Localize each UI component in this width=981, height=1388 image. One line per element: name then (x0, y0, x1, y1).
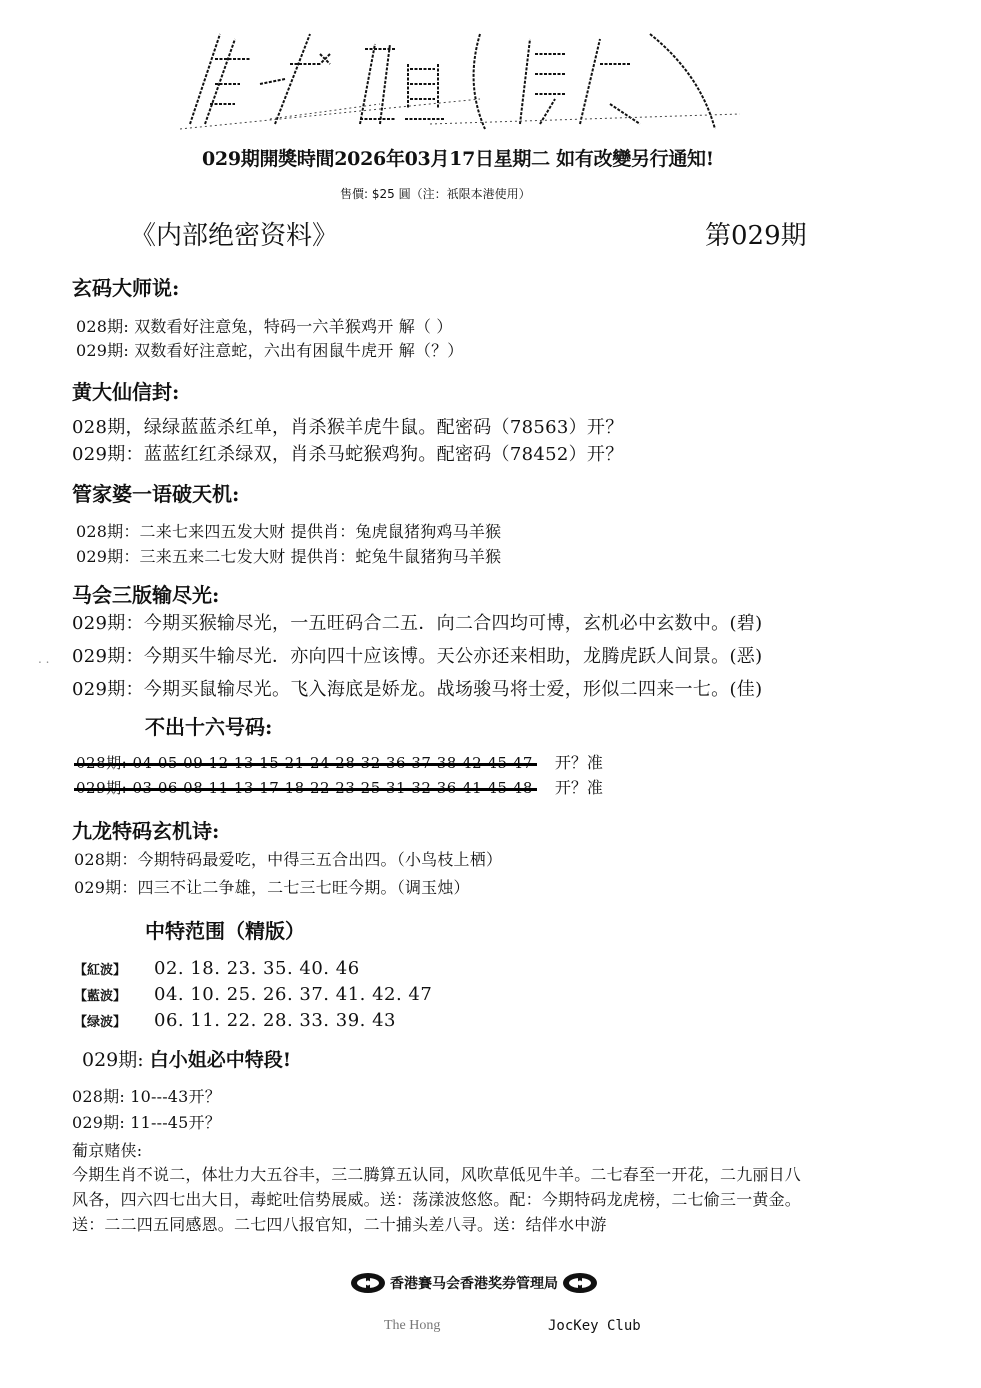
title-art (180, 24, 800, 134)
baixiaojie-heading: 白小姐必中特段! (150, 1049, 291, 1071)
wave-row-blue: 【藍波】04. 10. 25. 26. 37. 41. 42. 47 (74, 984, 432, 1005)
baixiaojie-prefix: 029期: (82, 1049, 144, 1071)
jiulong-line-029: 029期：四三不让二争雄，二七三七旺今期。（调玉烛） (74, 875, 470, 898)
jiulong-line-028: 028期：今期特码最爱吃，中得三五合出四。（小鸟枝上栖） (74, 847, 502, 870)
buchu-struck-numbers: 029期: 03 06 08 11 13 17 18 22 23 25 31 3… (76, 777, 533, 798)
wave-numbers-blue: 04. 10. 25. 26. 37. 41. 42. 47 (154, 984, 432, 1005)
mahui-line-2: 029期：今期买牛输尽光．亦向四十应该博。天公亦还来相助，龙腾虎跃人间景。(恶) (72, 642, 762, 668)
stray-dots: . . (38, 652, 49, 666)
buchu-tail: 开？准 (555, 778, 603, 797)
xuanma-line-028: 028期: 双数看好注意兔，特码一六羊猴鸡开 解（ ） (76, 314, 453, 337)
pujing-line-2: 风各，四六四七出大日，毒蛇吐信势展威。送：荡漾波悠悠。配：今期特码龙虎榜，二七偷… (72, 1187, 801, 1210)
footer-english-right: JocKey Club (548, 1318, 641, 1334)
wave-row-red: 【紅波】02. 18. 23. 35. 40. 46 (74, 958, 360, 979)
jockey-club-emblem-icon (562, 1272, 598, 1294)
guanjiapo-line-028: 028期：二来七来四五发大财 提供肖：兔虎鼠猪狗鸡马羊猴 (76, 519, 501, 542)
footer-chinese-name: 香港賽马会香港奖券管理局 (390, 1273, 558, 1293)
pujing-line-1: 今期生肖不说二，体壮力大五谷丰，三二腾算五认同，风吹草低见牛羊。二七春至一开花，… (72, 1162, 801, 1185)
footer-english-left: The Hong (384, 1318, 440, 1334)
mahui-line-3: 029期：今期买鼠输尽光。飞入海底是娇龙。战场骏马将士爱，形似二四来一七。(佳) (72, 675, 762, 701)
buchu-row-028: 028期: 04 05 09 12 13 15 21 24 28 32 36 3… (76, 750, 603, 773)
wave-row-green: 【绿波】06. 11. 22. 28. 33. 39. 43 (74, 1010, 396, 1031)
wave-numbers-red: 02. 18. 23. 35. 40. 46 (154, 958, 360, 979)
section-heading-zhongte: 中特范围（精版） (145, 915, 305, 944)
huangdaxian-line-029: 029期：蓝蓝红红杀绿双，肖杀马蛇猴鸡狗。配密码（78452）开？ (72, 440, 624, 466)
issue-number: 第029期 (705, 215, 807, 252)
baixiaojie-line-029: 029期: 11---45开？ (72, 1110, 221, 1133)
section-heading-jiulong: 九龙特码玄机诗: (72, 815, 219, 844)
section-heading-mahui: 马会三版输尽光: (72, 579, 219, 608)
wave-numbers-green: 06. 11. 22. 28. 33. 39. 43 (154, 1010, 396, 1031)
document-title: 《内部绝密资料》 (130, 215, 338, 252)
huangdaxian-line-028: 028期，绿绿蓝蓝杀红单，肖杀猴羊虎牛鼠。配密码（78563）开？ (72, 413, 624, 439)
section-heading-buchu: 不出十六号码: (145, 711, 272, 740)
buchu-struck-numbers: 028期: 04 05 09 12 13 15 21 24 28 32 36 3… (76, 752, 533, 773)
wave-label-blue: 【藍波】 (74, 985, 154, 1004)
guanjiapo-line-029: 029期：三来五来二七发大财 提供肖：蛇兔牛鼠猪狗马羊猴 (76, 544, 501, 567)
jockey-club-emblem-icon (350, 1272, 386, 1294)
section-heading-pujing: 葡京赌侠: (72, 1138, 142, 1161)
section-heading-guanjiapo: 管家婆一语破天机: (72, 478, 239, 507)
footer-logo: 香港賽马会香港奖券管理局 (350, 1272, 598, 1294)
mahui-line-1: 029期：今期买猴输尽光，一五旺码合二五．向二合四均可博，玄机必中玄数中。(碧) (72, 609, 762, 635)
price-note: 售價: $25 圓（注：祇限本港使用） (340, 185, 531, 202)
baixiaojie-heading-row: 029期: 白小姐必中特段! (82, 1045, 291, 1072)
stylized-title-graphic (180, 24, 800, 134)
xuanma-line-029: 029期: 双数看好注意蛇，六出有困鼠牛虎开 解（？） (76, 338, 464, 361)
wave-label-red: 【紅波】 (74, 959, 154, 978)
pujing-line-3: 送：二二四五同感恩。二七四八报官知，二十捕头差八寻。送：结伴水中游 (72, 1212, 607, 1235)
section-heading-huangdaxian: 黄大仙信封: (72, 376, 179, 405)
wave-label-green: 【绿波】 (74, 1011, 154, 1030)
buchu-row-029: 029期: 03 06 08 11 13 17 18 22 23 25 31 3… (76, 775, 603, 798)
buchu-tail: 开？准 (555, 753, 603, 772)
baixiaojie-line-028: 028期: 10---43开？ (72, 1084, 221, 1107)
section-heading-xuanma: 玄码大师说: (72, 272, 179, 301)
draw-notice: 029期開獎時間2026年03月17日星期二 如有改變另行通知! (202, 144, 714, 171)
